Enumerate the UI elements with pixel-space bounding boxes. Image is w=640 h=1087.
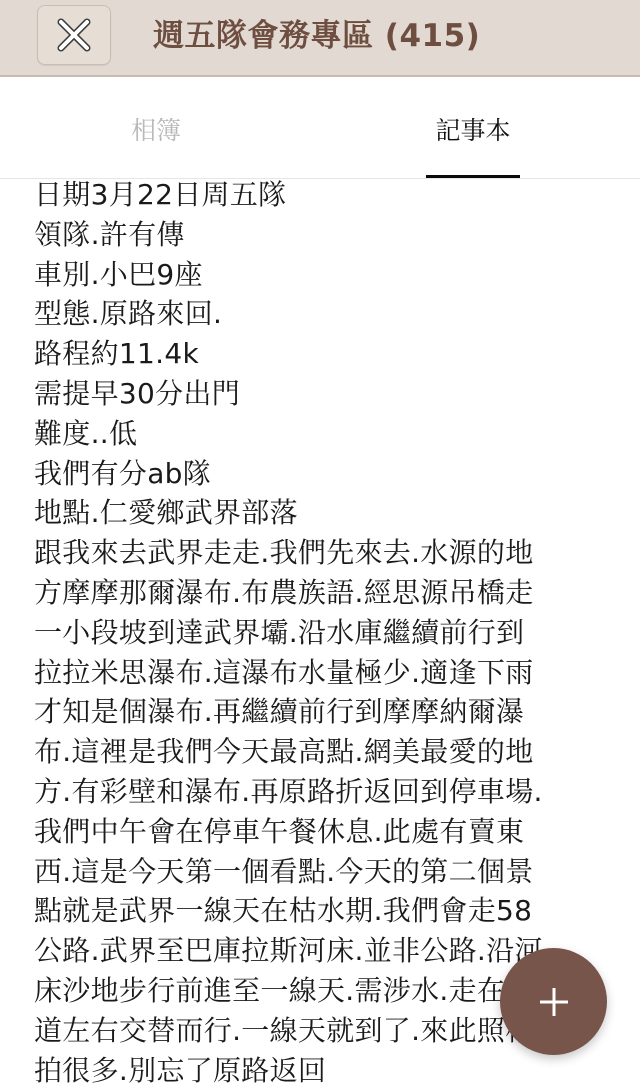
- note-line: 公路.武界至巴庫拉斯河床.並非公路.沿河: [34, 931, 594, 971]
- note-line: 方摩摩那爾瀑布.布農族語.經思源吊橋走: [34, 573, 594, 613]
- note-line: 領隊.許有傳: [34, 215, 594, 255]
- add-button[interactable]: [500, 948, 607, 1055]
- note-line: 路程約11.4k: [34, 334, 594, 374]
- note-line: 一小段坡到達武界壩.沿水庫繼續前行到: [34, 613, 594, 653]
- app-root: 週五隊會務專區 (415) 相簿 記事本 日期3月22日周五隊 領隊.許有傳 車…: [0, 0, 640, 1087]
- note-line: 車別.小巴9座: [34, 255, 594, 295]
- note-content: 日期3月22日周五隊 領隊.許有傳 車別.小巴9座 型態.原路來回. 路程約11…: [34, 175, 594, 1087]
- page-title: 週五隊會務專區 (415): [153, 14, 480, 58]
- note-line: 我們有分ab隊: [34, 454, 594, 494]
- tab-bar: 相簿 記事本: [0, 79, 640, 179]
- tab-album[interactable]: 相簿: [106, 79, 206, 178]
- note-line: 難度..低: [34, 414, 594, 454]
- note-line: 點就是武界一線天在枯水期.我們會走58: [34, 891, 594, 931]
- note-line: 我們中午會在停車午餐休息.此處有賣東: [34, 812, 594, 852]
- note-line: 跟我來去武界走走.我們先來去.水源的地: [34, 533, 594, 573]
- note-line: 需提早30分出門: [34, 374, 594, 414]
- close-button[interactable]: [37, 5, 111, 65]
- note-line: 拉拉米思瀑布.這瀑布水量極少.適逢下雨: [34, 653, 594, 693]
- note-line: 地點.仁愛鄉武界部落: [34, 493, 594, 533]
- note-line: 拍很多.別忘了原路返回: [34, 1051, 594, 1087]
- note-line: 日期3月22日周五隊: [34, 175, 594, 215]
- tab-notes[interactable]: 記事本: [426, 79, 520, 178]
- note-line: 布.這裡是我們今天最高點.網美最愛的地: [34, 732, 594, 772]
- note-line: 方.有彩壁和瀑布.再原路折返回到停車場.: [34, 772, 594, 812]
- header-bar: 週五隊會務專區 (415): [0, 0, 640, 77]
- note-line: 才知是個瀑布.再繼續前行到摩摩納爾瀑: [34, 692, 594, 732]
- close-x-icon: [55, 16, 93, 54]
- note-line: 西.這是今天第一個看點.今天的第二個景: [34, 852, 594, 892]
- note-line: 型態.原路來回.: [34, 294, 594, 334]
- plus-icon: [538, 986, 570, 1018]
